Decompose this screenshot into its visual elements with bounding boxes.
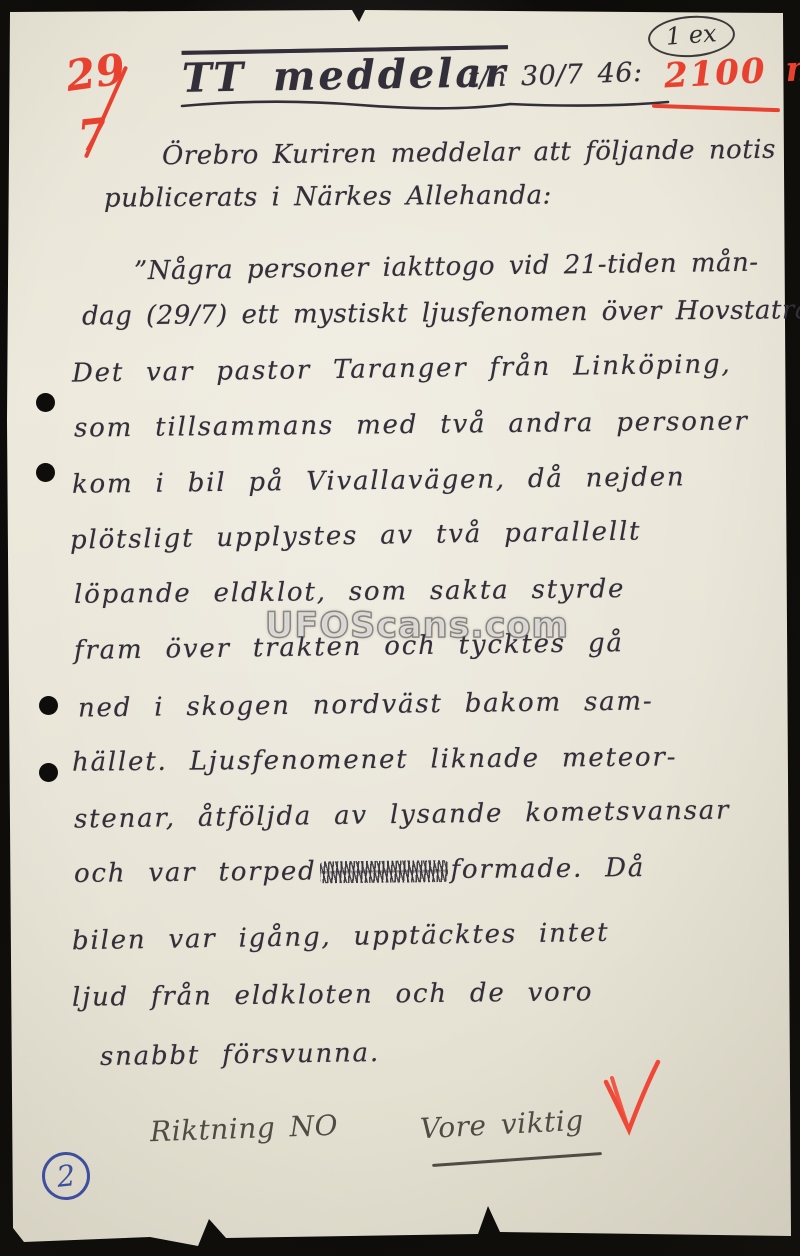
page-title: TT meddelar: [182, 49, 509, 102]
title-reference: t/n 30/7 46:: [468, 57, 644, 94]
punch-hole: [39, 763, 58, 782]
handwritten-line: löpande eldklot, som sakta styrde: [74, 574, 626, 610]
punch-hole: [39, 696, 58, 715]
handwritten-line: ljud från eldkloten och de voro: [72, 977, 594, 1012]
torped-line-post: formade. Då: [450, 853, 645, 885]
handwritten-line: hället. Ljusfenomenet liknade meteor-: [72, 742, 677, 777]
title-underline: [180, 96, 670, 114]
handwritten-line: snabbt försvunna.: [100, 1038, 380, 1072]
red-date-day: 29: [63, 44, 129, 101]
handwritten-line: Örebro Kuriren meddelar att följande not…: [162, 135, 776, 171]
punch-hole: [36, 393, 55, 412]
handwritten-line: dag (29/7) ett mystiskt ljusfenomen över…: [82, 295, 800, 332]
red-date-month: 7: [76, 109, 111, 161]
page-number: 2: [55, 1158, 77, 1194]
red-checkmark: [598, 1056, 668, 1140]
scribbled-out-word: [319, 860, 447, 883]
direction-note: Riktning NO: [149, 1109, 338, 1149]
handwritten-line-with-strikeout: och var torpedformade. Då: [74, 853, 645, 889]
handwritten-line: publicerats i Närkes Allehanda:: [104, 180, 552, 213]
copy-note-text: 1 ex: [665, 19, 717, 50]
torped-line-pre: och var torped: [74, 856, 317, 889]
red-time-note: 2100 ny: [663, 48, 800, 97]
punch-hole: [36, 463, 55, 482]
watermark: UFOScans.com: [252, 606, 582, 646]
